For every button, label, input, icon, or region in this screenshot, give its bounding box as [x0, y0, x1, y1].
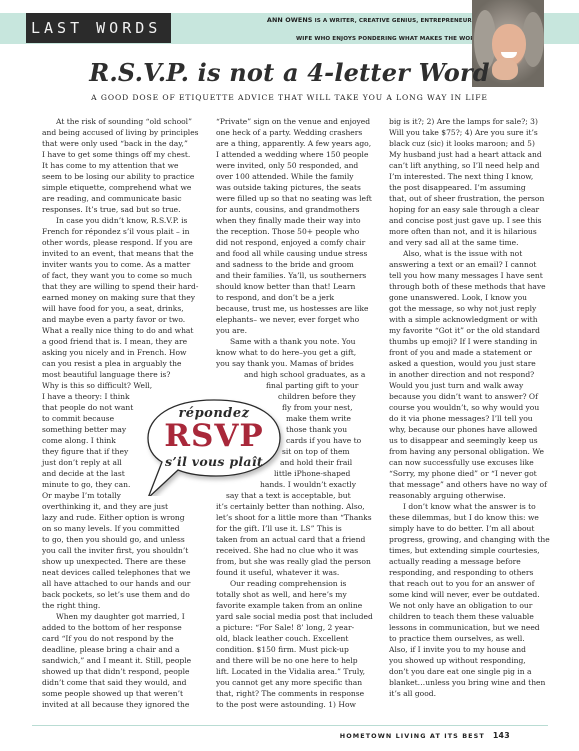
text-line: you call the inviter first, you shouldn’… [42, 545, 198, 556]
text-line: Will you take $75?; 4) Are you sure it’s [389, 127, 545, 138]
text-line: asked a question, would you just stare [389, 358, 545, 369]
text-line: hoping for an easy sale through a clear [389, 204, 545, 215]
text-line: you say thank you. Mamas of brides [216, 358, 372, 369]
text-line: because, trust me, us hostesses are like [216, 303, 372, 314]
text-line: simply have to do better. I’m all about [389, 523, 545, 534]
text-line: big is it?; 2) Are the lamps for sale?; … [389, 116, 545, 127]
text-line: that they are willing to spend their har… [42, 281, 198, 292]
text-line: don’t you dare eat one single pig in a [389, 666, 545, 677]
text-line: In case you didn’t know, R.S.V.P. is [42, 215, 198, 226]
text-line: my favorite “Got it” or the old standard [389, 325, 545, 336]
text-line: you cannot get any more specific than [216, 677, 372, 688]
text-line: It has come to my attention that we [42, 160, 198, 171]
text-line: and high school graduates, as a [216, 369, 372, 380]
text-line: that, out of sheer frustration, the pers… [389, 193, 545, 204]
text-line: other words, please respond. If you are [42, 237, 198, 248]
text-line: us to disappear and seemingly keep us [389, 435, 545, 446]
text-line: are reading, and communicate basic [42, 193, 198, 204]
publication-tagline: HOMETOWN LIVING AT ITS BEST [340, 732, 485, 740]
text-line: and sadness to the bride and groom [216, 259, 372, 270]
text-line: inviter wants you to come. As a matter [42, 259, 198, 270]
text-line: you showed up without responding, [389, 655, 545, 666]
text-line: actually reading a message before [389, 556, 545, 567]
text-line: asking you nicely and in French. How [42, 347, 198, 358]
text-line: My husband just had a heart attack and [389, 149, 545, 160]
text-line: tell you how many messages I have sent [389, 270, 545, 281]
text-line: lift. Located in the Vidalia area.” Trul… [216, 666, 372, 677]
text-line: all have attached to our hands and our [42, 578, 198, 589]
text-line: When my daughter got married, I [42, 611, 198, 622]
text-line: more often than not, and it is hilarious [389, 226, 545, 237]
text-line: times, but extending simple courtesies, [389, 545, 545, 556]
text-line: course you wouldn’t, so why would you [389, 402, 545, 413]
text-line: seem to be losing our ability to practic… [42, 171, 198, 182]
text-line: sandwich,” and I meant it. Still, people [42, 655, 198, 666]
text-line: taken from an actual card that a friend [216, 534, 372, 545]
text-line: in another direction and not respond? [389, 369, 545, 380]
text-line: and there will be no one here to help [216, 655, 372, 666]
text-line: through both of these methods that have [389, 281, 545, 292]
text-line: because you didn’t want to answer? Of [389, 391, 545, 402]
text-line: What a really nice thing to do and what [42, 325, 198, 336]
text-line: from, but she was really glad the person [216, 556, 372, 567]
text-line: was outside taking pictures, the seats [216, 182, 372, 193]
text-line: to practice them ourselves, as well. [389, 633, 545, 644]
text-line: Also, if I invite you to my house and [389, 644, 545, 655]
text-line: card “If you do not respond by the [42, 633, 198, 644]
rsvp-speech-bubble: répondez RSVP s’il vous plaît [152, 396, 276, 482]
text-line: and food all while causing undue stress [216, 248, 372, 259]
text-line: the post disappeared. I’m assuming [389, 182, 545, 193]
text-line: Our reading comprehension is [216, 578, 372, 589]
text-line: that reach out to you for an answer of [389, 578, 545, 589]
text-line: I attended a wedding where 150 people [216, 149, 372, 160]
text-line: when they finally made their way into [216, 215, 372, 226]
text-line: earned money on making sure that they [42, 292, 198, 303]
text-line: invited to an event, that means that the [42, 248, 198, 259]
text-line: should know better than that! Learn [216, 281, 372, 292]
author-name: Ann Owens [267, 16, 313, 24]
text-line: to respond, and don’t be a jerk [216, 292, 372, 303]
text-line: simple etiquette, comprehend what we [42, 182, 198, 193]
text-line: did not respond, enjoyed a comfy chair [216, 237, 372, 248]
text-line: black cuz (sic) it looks maroon; and 5) [389, 138, 545, 149]
text-line: from having any personal obligation. We [389, 446, 545, 457]
bubble-sil-vous-plait-text: s’il vous plaît [152, 454, 276, 469]
text-line: “Sorry, my phone died” or “I never got [389, 468, 545, 479]
text-line: children to teach them these valuable [389, 611, 545, 622]
text-line: most beautiful language there is? [42, 369, 198, 380]
author-bio-line-1: Ann Owens is a writer, creative genius, … [258, 16, 506, 35]
text-line: let’s shoot for a little more than “Than… [216, 512, 372, 523]
text-line: old, black leather couch. Excellent [216, 633, 372, 644]
section-label: LAST WORDS [26, 13, 171, 43]
text-line: that, right? The comments in response [216, 688, 372, 699]
text-line: why, because our phones have allowed [389, 424, 545, 435]
text-line: show up unexpected. There are these [42, 556, 198, 567]
text-line: can now successfully use excuses like [389, 457, 545, 468]
text-line: front of you and made a statement or [389, 347, 545, 358]
text-line: it’s all good. [389, 688, 545, 699]
text-line: a good friend that is. I mean, they are [42, 336, 198, 347]
text-line: gone unanswered. Look, I know you [389, 292, 545, 303]
article-subhead: A good dose of etiquette advice that wil… [0, 93, 579, 102]
text-line: you are. [216, 325, 372, 336]
text-line: responding, and responding to others [389, 567, 545, 578]
text-line: condition. $150 firm. Must pick-up [216, 644, 372, 655]
author-bio: Ann Owens is a writer, creative genius, … [258, 16, 506, 44]
text-line: for aunts, cousins, and grandmothers [216, 204, 372, 215]
text-line: to go, then you should go, and unless [42, 534, 198, 545]
text-line: can’t lift anything, so I’ll need help a… [389, 160, 545, 171]
text-line: can you resist a plea in arguably the [42, 358, 198, 369]
text-line: for the gift. I’ll use it. LS” This is [216, 523, 372, 534]
text-line: blanket…unless you bring wine and then [389, 677, 545, 688]
text-line: invited at all because they ignored the [42, 699, 198, 710]
footer-rule [32, 725, 548, 726]
text-line: that message” and others have no way of [389, 479, 545, 490]
text-line: were invited, only 50 responded, and [216, 160, 372, 171]
article-column-3: big is it?; 2) Are the lamps for sale?; … [389, 116, 545, 699]
text-line: elephants– we never, ever forget who [216, 314, 372, 325]
text-line: Same with a thank you note. You [216, 336, 372, 347]
text-line: and very sad all at the same time. [389, 237, 545, 248]
text-line: totally shot as well, and here’s my [216, 589, 372, 600]
text-line: Also, what is the issue with not [389, 248, 545, 259]
page-number: 143 [493, 731, 510, 740]
text-line: and maybe even a party favor or two. [42, 314, 198, 325]
bubble-rsvp-text: RSVP [152, 418, 276, 454]
text-line: on so many levels. If you committed [42, 523, 198, 534]
text-line: and being accused of living by principle… [42, 127, 198, 138]
text-line: were filled up so that no seating was le… [216, 193, 372, 204]
text-line: do it via phone messages? I’ll tell you [389, 413, 545, 424]
text-line: that were only used “back in the day,” [42, 138, 198, 149]
text-line: responses. It’s true, sad but so true. [42, 204, 198, 215]
text-line: and their families. Ya’ll, us southerner… [216, 270, 372, 281]
text-line: the right thing. [42, 600, 198, 611]
text-line: I have to get some things off my chest. [42, 149, 198, 160]
text-line: over 100 attended. While the family [216, 171, 372, 182]
text-line: answering a text or an email? I cannot [389, 259, 545, 270]
author-bio-line-2: wife who enjoys pondering what makes the… [258, 35, 506, 44]
text-line: to the post were astounding. 1) How [216, 699, 372, 710]
page-footer: HOMETOWN LIVING AT ITS BEST143 [340, 731, 510, 740]
text-line: know what to do here–you get a gift, [216, 347, 372, 358]
text-line: I don’t know what the answer is to [389, 501, 545, 512]
text-line: one heck of a party. Wedding crashers [216, 127, 372, 138]
text-line: found it useful, whatever it was. [216, 567, 372, 578]
text-line: added to the bottom of her response [42, 622, 198, 633]
article-headline: R.S.V.P. is not a 4-letter Word [0, 58, 579, 87]
text-line: progress, growing, and changing with the [389, 534, 545, 545]
text-line: Would you just turn and walk away [389, 380, 545, 391]
text-line: with a simple acknowledgment or with [389, 314, 545, 325]
text-line: final parting gift to your [216, 380, 372, 391]
text-line: the reception. Those 50+ people who [216, 226, 372, 237]
text-line: At the risk of sounding “old school” [42, 116, 198, 127]
text-line: Why is this so difficult? Well, [42, 380, 198, 391]
text-line: it’s certainly better than nothing. Also… [216, 501, 372, 512]
text-line: lazy and rude. Either option is wrong [42, 512, 198, 523]
text-line: We not only have an obligation to our [389, 600, 545, 611]
text-line: these dilemmas, but I do know this: we [389, 512, 545, 523]
text-line: showed up that didn’t respond, people [42, 666, 198, 677]
text-line: French for répondez s’il vous plait – in [42, 226, 198, 237]
text-line: of fact, they want you to come so much [42, 270, 198, 281]
text-line: a picture: “For Sale! 8’ long, 2 year- [216, 622, 372, 633]
text-line: received. She had no clue who it was [216, 545, 372, 556]
text-line: I’m interested. The next thing I know, [389, 171, 545, 182]
text-line: overthinking it, and they are just [42, 501, 198, 512]
text-line: will have food for you, a seat, drinks, [42, 303, 198, 314]
text-line: back pockets, so let’s use them and do [42, 589, 198, 600]
text-line: neat devices called telephones that we [42, 567, 198, 578]
text-line: and concise post just gave up. I see thi… [389, 215, 545, 226]
text-line: thumbs up emoji? If I were standing in [389, 336, 545, 347]
text-line: yard sale social media post that include… [216, 611, 372, 622]
text-line: deadline, please bring a chair and a [42, 644, 198, 655]
text-line: some people showed up that weren’t [42, 688, 198, 699]
text-line: favorite example taken from an online [216, 600, 372, 611]
text-line: some kind will never, ever be outdated. [389, 589, 545, 600]
text-line: got the message, so why not just reply [389, 303, 545, 314]
text-line: “Private” sign on the venue and enjoyed [216, 116, 372, 127]
text-line: lessons in communication, but we need [389, 622, 545, 633]
text-line: reasonably arguing otherwise. [389, 490, 545, 501]
text-line: didn’t come that said they would, and [42, 677, 198, 688]
text-line: are a thing, apparently. A few years ago… [216, 138, 372, 149]
